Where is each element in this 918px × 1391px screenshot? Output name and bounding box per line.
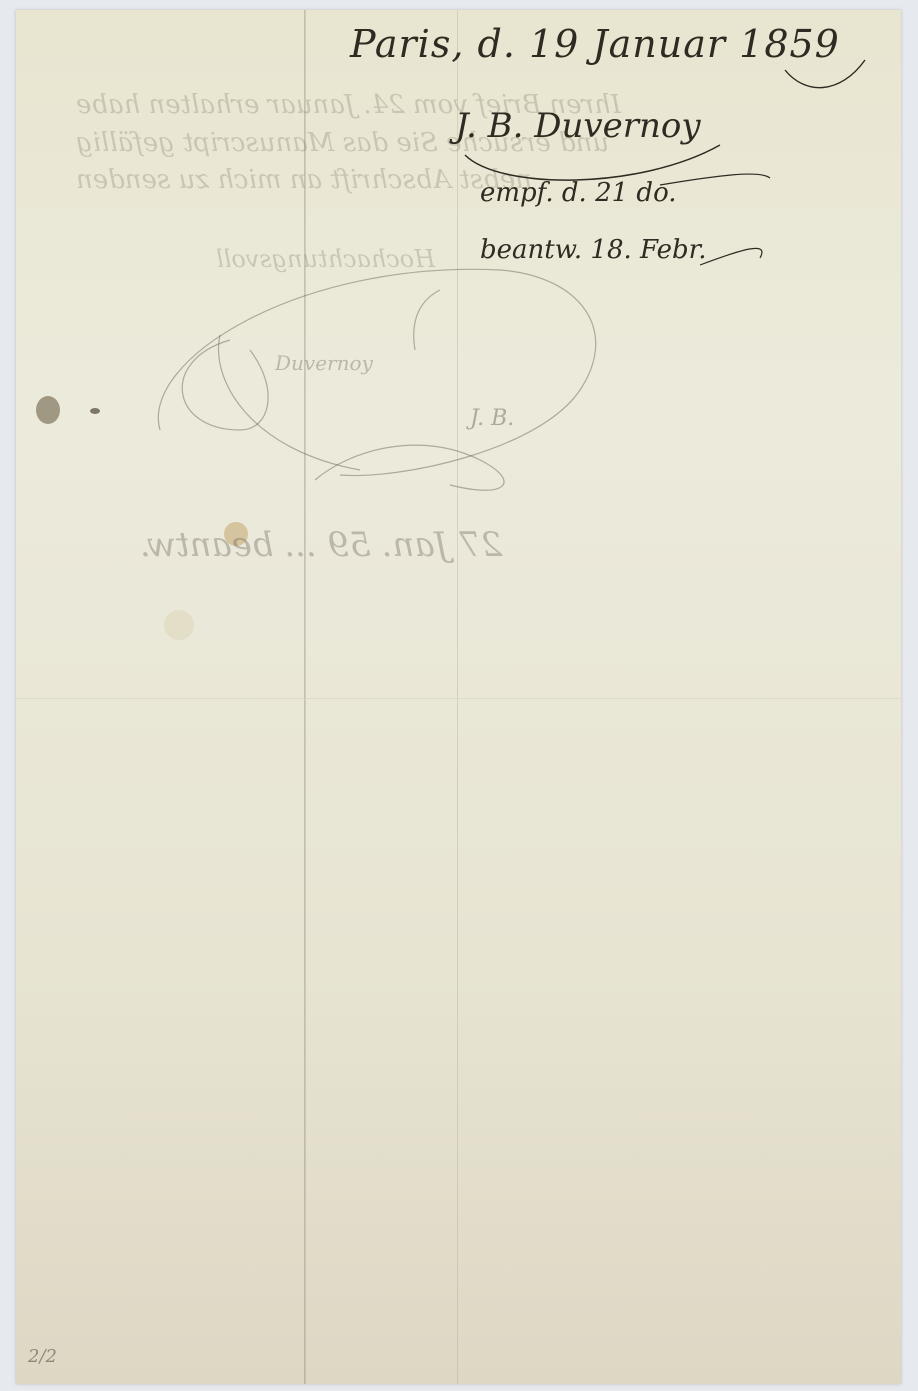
- ink-stain: [90, 408, 100, 414]
- bleed-through-monogram: J. B. Duvernoy: [100, 240, 640, 640]
- svg-text:J. B.: J. B.: [466, 406, 514, 431]
- dateline: Paris, d. 19 Januar 1859: [350, 22, 840, 66]
- bleed-through-line: 27 Jan. 59 ... beantw.: [140, 525, 502, 565]
- vertical-fold-line: [304, 10, 306, 1384]
- ink-stain: [36, 396, 60, 424]
- svg-text:Duvernoy: Duvernoy: [274, 351, 374, 375]
- horizontal-fold-line: [16, 698, 901, 700]
- pencil-page-mark: 2/2: [28, 1346, 57, 1367]
- signature-flourish: [440, 100, 860, 300]
- date-flourish: [780, 40, 880, 100]
